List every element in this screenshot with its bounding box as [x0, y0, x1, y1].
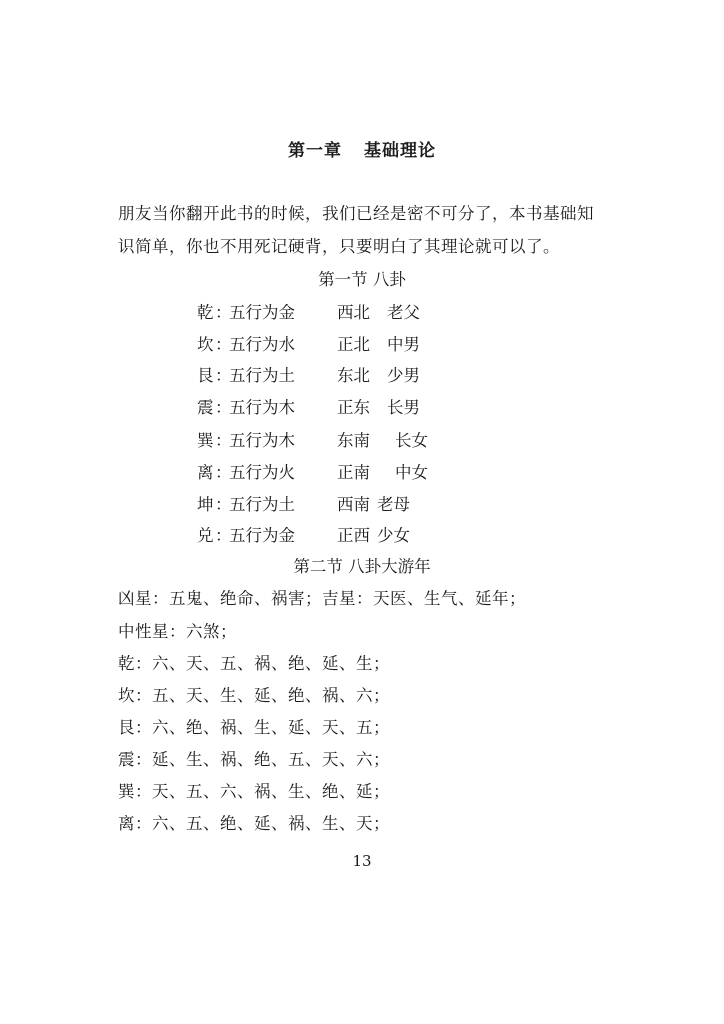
trigram-family: 中女 [395, 459, 428, 483]
trigram-name: 离 [197, 459, 215, 483]
trigram-name: 艮 [197, 362, 215, 386]
trigram-direction: 正北 [337, 331, 387, 355]
trigram-element: 五行为木 [229, 427, 337, 451]
colon: ： [215, 427, 229, 451]
trigram-name: 震 [197, 394, 215, 418]
trigram-name: 坎 [197, 331, 215, 355]
trigram-direction: 西南 [337, 491, 377, 515]
colon: ： [215, 522, 229, 546]
trigram-name: 乾 [197, 299, 215, 323]
colon: ： [215, 459, 229, 483]
colon: ： [215, 331, 229, 355]
trigram-element: 五行为金 [229, 299, 337, 323]
colon: ： [215, 362, 229, 386]
trigram-direction: 正南 [337, 459, 395, 483]
chapter-number: 第一章 [288, 141, 342, 161]
intro-line-1: 朋友当你翻开此书的时候，我们已经是密不可分了，本书基础知 [118, 200, 594, 224]
trigram-row: 离：五行为火正南中女 [197, 459, 428, 483]
trigram-element: 五行为土 [229, 491, 337, 515]
trigram-direction: 正西 [337, 522, 377, 546]
sequence-line: 巽：天、五、六、祸、生、绝、延； [118, 778, 390, 802]
section-2-title: 第二节 八卦大游年 [0, 553, 724, 577]
trigram-family: 长男 [387, 394, 420, 418]
trigram-name: 兑 [197, 522, 215, 546]
trigram-direction: 东南 [337, 427, 395, 451]
chapter-name: 基础理论 [364, 141, 436, 161]
chapter-title: 第一章基础理论 [0, 136, 724, 161]
trigram-row: 巽：五行为木东南长女 [197, 427, 428, 451]
trigram-family: 中男 [387, 331, 420, 355]
trigram-row: 兑：五行为金正西少女 [197, 522, 410, 546]
trigram-element: 五行为水 [229, 331, 337, 355]
colon: ： [215, 491, 229, 515]
trigram-element: 五行为火 [229, 459, 337, 483]
trigram-family: 少男 [387, 362, 420, 386]
intro-line-2: 识简单，你也不用死记硬背，只要明白了其理论就可以了。 [118, 233, 560, 257]
sequence-line: 乾：六、天、五、祸、绝、延、生； [118, 650, 390, 674]
trigram-direction: 正东 [337, 394, 387, 418]
trigram-row: 坎：五行为水正北中男 [197, 331, 420, 355]
trigram-row: 艮：五行为土东北少男 [197, 362, 420, 386]
section-1-title: 第一节 八卦 [0, 266, 724, 290]
trigram-family: 老母 [377, 491, 410, 515]
trigram-direction: 西北 [337, 299, 387, 323]
trigram-family: 老父 [387, 299, 420, 323]
sequence-line: 震：延、生、祸、绝、五、天、六； [118, 746, 390, 770]
colon: ： [215, 394, 229, 418]
trigram-family: 少女 [377, 522, 410, 546]
sequence-line: 艮：六、绝、祸、生、延、天、五； [118, 714, 390, 738]
trigram-name: 坤 [197, 491, 215, 515]
document-page: 第一章基础理论 朋友当你翻开此书的时候，我们已经是密不可分了，本书基础知 识简单… [0, 0, 724, 1024]
neutral-star-line: 中性星：六煞； [118, 618, 237, 642]
sequence-line: 坎：五、天、生、延、绝、祸、六； [118, 682, 390, 706]
trigram-element: 五行为土 [229, 362, 337, 386]
trigram-direction: 东北 [337, 362, 387, 386]
trigram-name: 巽 [197, 427, 215, 451]
trigram-row: 乾：五行为金西北老父 [197, 299, 420, 323]
trigram-element: 五行为金 [229, 522, 337, 546]
trigram-element: 五行为木 [229, 394, 337, 418]
trigram-row: 坤：五行为土西南老母 [197, 491, 410, 515]
colon: ： [215, 299, 229, 323]
sequence-line: 离：六、五、绝、延、祸、生、天； [118, 810, 390, 834]
page-number: 13 [0, 852, 724, 870]
stars-line: 凶星：五鬼、绝命、祸害；吉星：天医、生气、延年； [118, 585, 526, 609]
trigram-row: 震：五行为木正东长男 [197, 394, 420, 418]
trigram-family: 长女 [395, 427, 428, 451]
